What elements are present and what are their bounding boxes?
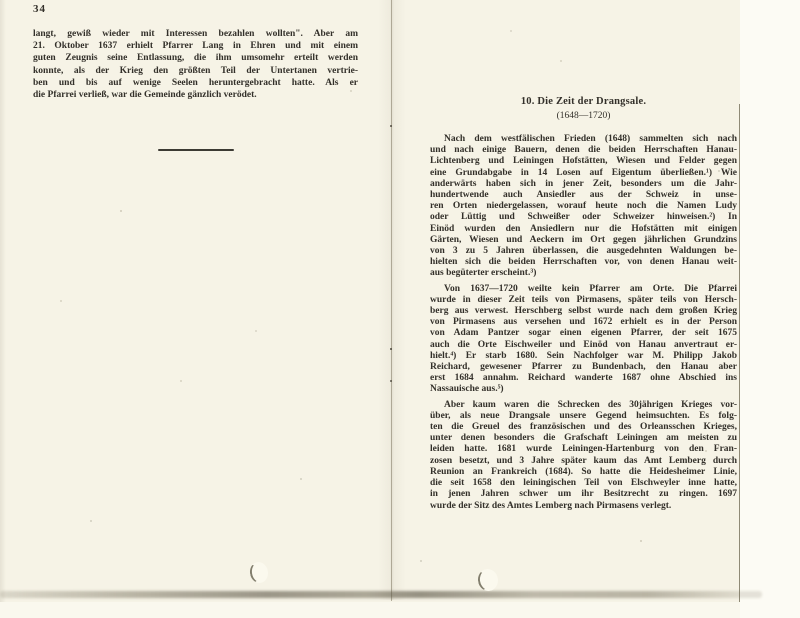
text-line: konnte, als der Krieg den größten Teil d… bbox=[33, 65, 358, 77]
text-line: aus begüterter erscheint.³) bbox=[430, 268, 737, 279]
text-line: in jenen Jahren schwer um ihr Besitzrech… bbox=[430, 489, 737, 500]
text-line: über, als neue Drangsale unsere Gegend h… bbox=[430, 411, 737, 422]
page-number: 34 bbox=[33, 3, 46, 15]
text-line: Aber kaum waren die Schrecken des 30jähr… bbox=[430, 400, 737, 411]
punch-hole-right bbox=[476, 567, 500, 592]
text-line: anderwärts haben sich in jener Zeit, bes… bbox=[430, 179, 737, 190]
page-fold-shade bbox=[378, 0, 406, 600]
bottom-edge-smudge bbox=[0, 591, 762, 598]
text-line: die seit 1658 den leiningischen Teil von… bbox=[430, 478, 737, 489]
text-line: berg aus verwest. Herschberg selbst wurd… bbox=[430, 306, 737, 317]
text-line: wurde in dieser Zeit teils von Pirmasens… bbox=[430, 295, 737, 306]
text-line: zosen besetzt, und 3 Jahre später kaum d… bbox=[430, 456, 737, 467]
scan-left-edge-shade bbox=[0, 0, 6, 618]
text-line: von Pirmasens aus versehen und 1672 erhi… bbox=[430, 317, 737, 328]
text-line: auch die Orte Eischweiler und Einöd von … bbox=[430, 340, 737, 351]
text-line: langt, gewiß wieder mit Interessen bezah… bbox=[33, 28, 358, 40]
text-line: Reichard, gewesener Pfarrer zu Bundenbac… bbox=[430, 362, 737, 373]
chapter-heading: 10. Die Zeit der Drangsale. bbox=[430, 96, 737, 107]
text-line: die Pfarrei verließ, war die Gemeinde gä… bbox=[33, 89, 358, 101]
scanner-background-right bbox=[740, 0, 800, 618]
text-line: Nach dem westfälischen Frieden (1648) sa… bbox=[430, 134, 737, 145]
text-line: ben und bis auf wenige Seelen herunterge… bbox=[33, 77, 358, 89]
text-line: und nach einige Bauern, denen die beiden… bbox=[430, 145, 737, 156]
book-scan-surface: 34 langt, gewiß wieder mit Interessen be… bbox=[0, 0, 800, 618]
text-line: ren Orten niedergelassen, worauf heute n… bbox=[430, 201, 737, 212]
text-line: von 3 zu 5 Jahren überlassen, die ausged… bbox=[430, 246, 737, 257]
text-line: oder Lüttig und Schweißer oder Schweizer… bbox=[430, 212, 737, 223]
text-line: leiden hatte. 1681 wurde Leiningen-Harte… bbox=[430, 444, 737, 455]
text-line: ten die Greuel des französischen und des… bbox=[430, 422, 737, 433]
text-line: wurde der Sitz des Amtes Lemberg nach Pi… bbox=[430, 501, 737, 512]
page-fold-line bbox=[391, 0, 392, 601]
scanner-background-bottom bbox=[0, 602, 740, 618]
paragraph: Aber kaum waren die Schrecken des 30jähr… bbox=[430, 400, 737, 512]
text-line: Nassauische aus.⁵) bbox=[430, 384, 737, 395]
text-line: Einöd wurden den Ansiedlern nur die Hofs… bbox=[430, 224, 737, 235]
text-line: hielten sich die beiden Herrschaften vor… bbox=[430, 257, 737, 268]
text-line: erst 1684 annahm. Reichard wanderte 1687… bbox=[430, 373, 737, 384]
text-line: Lichtenberg und Leiningen Hofstätten, Wi… bbox=[430, 156, 737, 167]
text-line: Gärten, Wiesen und Aeckern im Ort gegen … bbox=[430, 235, 737, 246]
right-page-text-column: Nach dem westfälischen Frieden (1648) sa… bbox=[430, 134, 737, 516]
text-line: eine Grundabgabe in 14 Losen auf Eigentu… bbox=[430, 168, 737, 179]
paragraph: Von 1637—1720 weilte kein Pfarrer am Ort… bbox=[430, 284, 737, 396]
paragraph: Nach dem westfälischen Frieden (1648) sa… bbox=[430, 134, 737, 280]
paper-specks bbox=[0, 0, 2, 2]
text-line: unter denen besonders die Grafschaft Lei… bbox=[430, 433, 737, 444]
text-line: 21. Oktober 1637 erhielt Pfarrer Lang in… bbox=[33, 40, 358, 52]
chapter-date-range: (1648—1720) bbox=[430, 111, 737, 121]
text-line: von Adam Pantzer sogar einen eigenen Pfa… bbox=[430, 328, 737, 339]
text-line: hielt.⁴) Er starb 1680. Sein Nachfolger … bbox=[430, 351, 737, 362]
text-line: Von 1637—1720 weilte kein Pfarrer am Ort… bbox=[430, 284, 737, 295]
left-page-paragraph: langt, gewiß wieder mit Interessen bezah… bbox=[33, 28, 358, 101]
text-line: Reunion an Frankreich (1684). So hatte d… bbox=[430, 467, 737, 478]
text-line: hundertwende auch Ansiedler aus der Schw… bbox=[430, 190, 737, 201]
page-edge-line bbox=[739, 104, 740, 602]
punch-hole-left bbox=[248, 561, 269, 585]
text-line: guten Zeugnis seine Entlassung, die ihm … bbox=[33, 52, 358, 64]
section-divider-rule bbox=[158, 149, 234, 151]
